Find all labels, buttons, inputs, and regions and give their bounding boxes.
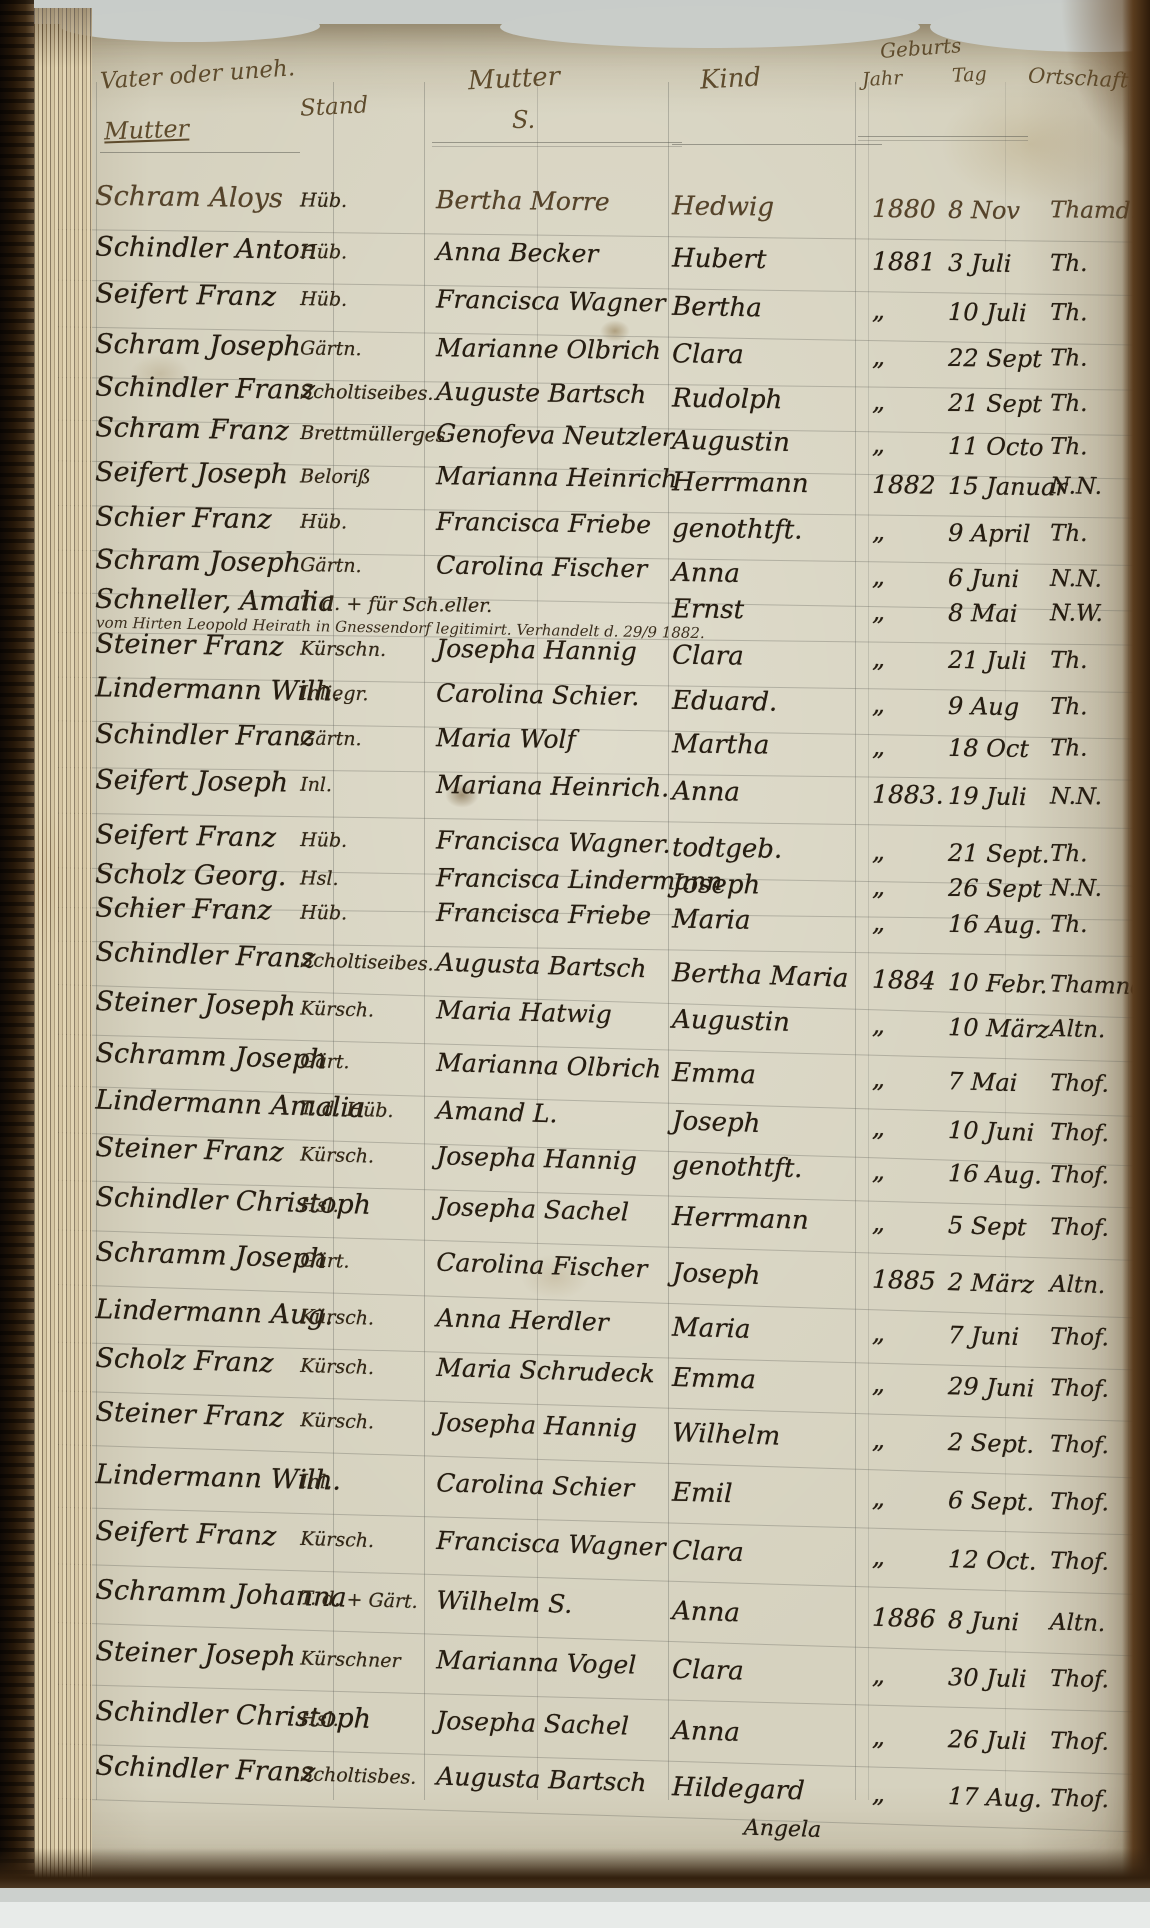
mother-name: Marianne Olbrich (436, 333, 671, 365)
child-name: Rudolph (672, 384, 857, 417)
child-name-second-line (745, 334, 895, 337)
occupation: Gärt. (300, 1249, 436, 1275)
mother-name: Marianna Heinrich (436, 461, 671, 493)
mother-name: Carolina Fischer (436, 550, 671, 583)
child-name-second-line (744, 1461, 894, 1466)
occupation: Inl. (300, 774, 435, 798)
birth-day: 6 Sept. (948, 1486, 1049, 1517)
mother-name: Carolina Fischer (436, 1248, 672, 1285)
child-name: Herrmann (672, 467, 857, 499)
mother-name: Bertha Morre (436, 185, 671, 217)
birth-year: „ (872, 1113, 953, 1145)
birth-year: 1881 (872, 247, 952, 277)
birth-year: „ (872, 517, 952, 547)
birth-year: „ (872, 561, 953, 591)
birth-year: „ (872, 732, 952, 762)
mother-name: Anna Herdler (436, 1303, 672, 1338)
birth-day: 3 Juli (948, 249, 1048, 279)
mother-name: Maria Schrudeck (436, 1353, 672, 1389)
child-name: Hildegard (672, 1772, 858, 1808)
occupation: Kürsch. (300, 1528, 436, 1554)
birth-year: „ (872, 1722, 953, 1753)
birth-year: „ (872, 689, 953, 719)
occupation: Hsl. (300, 1708, 436, 1734)
occupation: Hüb. (300, 829, 435, 853)
birth-year: „ (872, 1425, 953, 1457)
occupation: Kürsch. (300, 1409, 436, 1435)
birth-year: „ (872, 1318, 953, 1349)
occupation: T. d. Hüb. (300, 1097, 436, 1123)
occupation: Kürschner (300, 1648, 436, 1674)
child-name: Bertha (672, 292, 858, 325)
birth-day: 8 Juni (948, 1606, 1049, 1637)
child-name: genothtft. (672, 514, 857, 547)
child-name-second-line (744, 1356, 894, 1360)
birth-year: „ (872, 342, 952, 372)
birth-year: 1883. (872, 780, 952, 810)
mother-name: Carolina Schier. (436, 678, 671, 711)
occupation: Gärt. (300, 1050, 436, 1076)
mother-name: Wilhelm S. (436, 1586, 672, 1623)
child-name: Augustin (672, 426, 858, 459)
mother-name: Amand L. (436, 1096, 672, 1133)
book-binding-edge (0, 0, 34, 1890)
child-name-second-line: Angela (743, 1815, 894, 1845)
book-right-edge (1122, 0, 1150, 1884)
occupation: Hüb. (300, 189, 435, 213)
child-name: Martha (672, 729, 857, 761)
mother-name: Augusta Bartsch (436, 1762, 672, 1799)
mother-name: Josepha Hannig (436, 1141, 672, 1176)
birth-day: 10 Febr. (948, 968, 1049, 999)
child-name: Hedwig (672, 191, 857, 223)
page-top-edge (500, 6, 920, 48)
birth-day: 8 Mai (948, 599, 1048, 628)
child-name-second-line (744, 1406, 894, 1410)
birth-day: 21 Sept. (948, 839, 1048, 869)
page-stack-edge (34, 8, 92, 1884)
occupation: Hüb. (300, 288, 435, 312)
birth-year: 1884 (872, 965, 953, 997)
occupation: Scholtiseibes. (300, 381, 435, 405)
mother-name: Augusta Bartsch (436, 948, 672, 985)
mother-name: Maria Wolf (436, 723, 671, 755)
occupation: T. d. + für Sch.eller. (300, 592, 435, 616)
birth-day: 7 Juni (948, 1321, 1049, 1352)
occupation: Hüb. (300, 902, 435, 926)
occupation: Kürsch. (300, 1306, 436, 1332)
birth-day: 15 Januar (948, 472, 1048, 501)
birth-year: „ (872, 872, 952, 902)
birth-year: „ (872, 295, 953, 325)
birth-year: „ (872, 1208, 953, 1239)
occupation: T. d. + Gärt. (300, 1587, 436, 1613)
child-name: genothtft. (672, 1151, 858, 1186)
birth-day: 30 Juli (948, 1663, 1049, 1694)
birth-year: 1880 (872, 194, 952, 224)
birth-day: 29 Juni (948, 1372, 1049, 1403)
child-name-second-line (745, 509, 895, 511)
mother-name: Francisca Friebe (436, 507, 671, 540)
birth-day: 26 Sept (948, 874, 1048, 903)
birth-day: 5 Sept (948, 1211, 1049, 1242)
birth-day: 22 Sept (948, 344, 1048, 373)
mother-name: Mariana Heinrich. (436, 770, 671, 803)
birth-year: „ (872, 1010, 953, 1041)
scanned-register-page: { "header": { "col_father_line1": "Vater… (0, 0, 1150, 1928)
child-name-second-line (744, 1521, 894, 1525)
child-name: Hubert (672, 244, 857, 277)
birth-day: 26 Juli (948, 1725, 1049, 1756)
mother-name: Carolina Schier (436, 1468, 672, 1503)
birth-day: 6 Juni (948, 564, 1048, 594)
mother-name: Francisca Wagner (436, 1526, 672, 1562)
birth-day: 2 März (948, 1268, 1049, 1299)
child-name: Clara (672, 339, 857, 371)
child-name: Anna (672, 558, 858, 591)
child-name-second-line (744, 1579, 894, 1583)
child-name: Anna (672, 1716, 858, 1751)
occupation: Inl. (300, 1471, 436, 1497)
child-name: Clara (672, 641, 857, 674)
occupation: Hsl. (300, 867, 435, 891)
child-name: Wilhelm (672, 1418, 858, 1454)
birth-year: „ (872, 597, 952, 627)
birth-year: „ (872, 1369, 953, 1400)
birth-year: „ (872, 387, 952, 417)
child-name: Clara (672, 1536, 858, 1571)
child-name-second-line (744, 1301, 894, 1306)
child-name-second-line (745, 286, 895, 288)
child-name-second-line (745, 771, 895, 773)
birth-year: „ (872, 1064, 953, 1095)
birth-day: 11 Octo (948, 432, 1048, 462)
birth-year: 1885 (872, 1265, 953, 1297)
child-name-second-line (744, 1245, 894, 1249)
birth-year: 1882 (872, 470, 952, 500)
child-name: Emil (672, 1478, 858, 1513)
occupation: Kürsch. (300, 998, 436, 1024)
mother-name: Francisca Lindermann (436, 863, 671, 895)
birth-year: „ (872, 644, 952, 674)
child-name: Ernst (672, 594, 857, 626)
occupation: Scholtisbes. (300, 1763, 436, 1789)
occupation: Kürschn. (300, 638, 435, 662)
child-name: Joseph (672, 1258, 858, 1294)
child-name: Eduard. (672, 686, 858, 719)
child-name-second-line (744, 1639, 894, 1644)
birth-day: 21 Sept (948, 389, 1048, 419)
birth-day: 9 Aug (948, 692, 1048, 722)
birth-day: 2 Sept. (948, 1428, 1049, 1459)
birth-day: 9 April (948, 519, 1048, 549)
child-name: Anna (672, 777, 857, 810)
occupation: Gärtn. (300, 727, 435, 751)
occupation: Hsl. (300, 1194, 436, 1220)
child-name: Augustin (672, 1005, 858, 1040)
occupation: Gärtn. (300, 554, 435, 578)
child-name-second-line (744, 1194, 894, 1198)
birth-day: 10 Juni (948, 1116, 1049, 1147)
child-name: Emma (672, 1363, 858, 1398)
birth-year: „ (872, 1483, 953, 1514)
child-name-second-line (745, 233, 895, 235)
child-name: Joseph (672, 869, 857, 901)
occupation: Kürsch. (300, 1355, 436, 1381)
occupation: Scholtiseibes. (300, 949, 436, 975)
page-bottom-edge (0, 1848, 1150, 1892)
scan-background (0, 1902, 1150, 1928)
occupation: Hüb. (300, 241, 435, 265)
child-name-second-line (744, 1698, 894, 1702)
occupation: Hüb. (300, 511, 435, 535)
child-name: Anna (672, 1596, 858, 1632)
child-name: Maria (672, 1313, 858, 1348)
birth-year: „ (872, 1779, 953, 1811)
birth-day: 16 Aug. (948, 910, 1048, 940)
birth-day: 18 Oct (948, 734, 1048, 763)
child-name: Clara (672, 1655, 858, 1690)
mother-name: Josepha Hannig (436, 1408, 672, 1445)
mother-name: Maria Hatwig (436, 995, 672, 1030)
birth-year: „ (872, 1156, 953, 1187)
child-name-second-line (744, 1759, 894, 1763)
mother-name: Marianna Olbrich (436, 1048, 672, 1084)
birth-day: 21 Juli (948, 646, 1048, 676)
page-top-edge (60, 10, 320, 42)
child-name-second-line (745, 947, 895, 949)
birth-year: „ (872, 1542, 953, 1573)
birth-day: 8 Nov (948, 196, 1048, 225)
child-name-second-line (745, 819, 895, 821)
birth-day: 7 Mai (948, 1067, 1049, 1098)
birth-day: 12 Oct. (948, 1545, 1049, 1576)
occupation: Beloriß (300, 465, 435, 489)
register-page: Vater oder uneh. Mutter Stand Mutter S. … (0, 24, 1150, 1886)
birth-year: „ (872, 836, 953, 866)
birth-year: „ (872, 1660, 953, 1691)
child-name: todtgeb. (672, 833, 858, 866)
birth-day: 17 Aug. (948, 1782, 1049, 1813)
child-name-second-line (744, 1048, 894, 1052)
birth-day: 10 März (948, 1013, 1049, 1044)
child-name: Joseph (672, 1106, 858, 1142)
mother-name: Francisca Wagner (436, 284, 671, 317)
mother-name: Josepha Sachel (436, 1192, 672, 1228)
child-name: Maria (672, 905, 857, 938)
mother-name: Francisca Wagner. (436, 825, 671, 858)
mother-name: Auguste Bartsch (436, 377, 671, 410)
occupation: Gärtn. (300, 337, 435, 361)
mother-name: Josepha Sachel (436, 1706, 672, 1742)
mother-name: Anna Becker (436, 237, 671, 270)
child-name: Herrmann (672, 1202, 858, 1237)
mother-name: Marianna Vogel (436, 1645, 672, 1680)
birth-year: 1886 (872, 1603, 953, 1635)
mother-name: Francisca Friebe (436, 898, 671, 931)
birth-day: 16 Aug. (948, 1159, 1049, 1190)
birth-year: „ (872, 429, 953, 459)
register-rows: Schram Aloys Hüb. Bertha Morre Hedwig 18… (0, 24, 1150, 1886)
mother-name: Genofeva Neutzler (436, 418, 671, 451)
occupation: Kürsch. (300, 1144, 436, 1170)
child-name: Emma (672, 1058, 858, 1093)
birth-year: „ (872, 908, 952, 938)
occupation: Brettmüllerges. (300, 422, 435, 446)
child-name: Bertha Maria (672, 958, 858, 994)
occupation: Inliegr. (300, 682, 435, 706)
child-name-second-line (744, 1101, 894, 1105)
birth-day: 10 Juli (948, 298, 1048, 328)
birth-day: 19 Juli (948, 782, 1048, 812)
